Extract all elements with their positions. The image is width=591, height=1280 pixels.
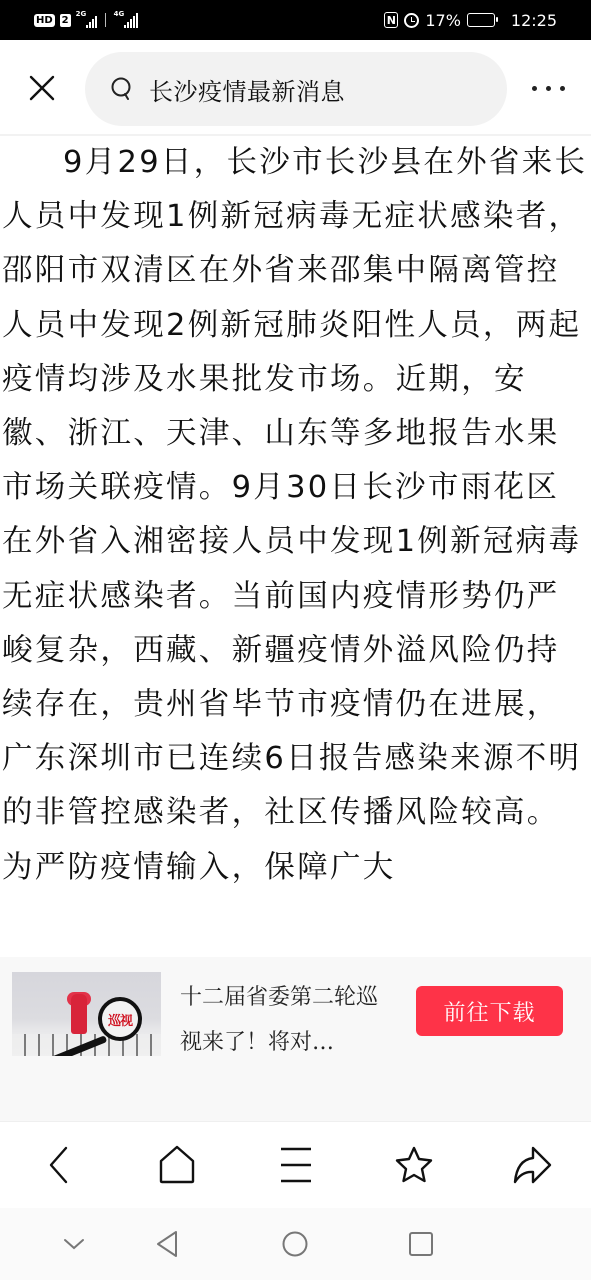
menu-icon bbox=[278, 1146, 314, 1184]
ad-banner[interactable]: 巡视 十二届省委第二轮巡视来了！将对… 前往下载 bbox=[0, 957, 591, 1122]
battery-percent: 17% bbox=[425, 11, 461, 30]
article-paragraph: 9月29日，长沙市长沙县在外省来长人员中发现1例新冠病毒无症状感染者，邵阳市双清… bbox=[2, 136, 589, 895]
system-nav-bar bbox=[0, 1208, 591, 1280]
signal-divider bbox=[105, 13, 106, 27]
home-icon bbox=[158, 1145, 196, 1185]
article-body: 9月29日，长沙市长沙县在外省来长人员中发现1例新冠病毒无症状感染者，邵阳市双清… bbox=[0, 136, 591, 957]
search-icon bbox=[109, 76, 135, 102]
hd-voice-icon: HD bbox=[34, 14, 55, 27]
pushpin-graphic bbox=[71, 994, 87, 1034]
star-icon bbox=[394, 1145, 434, 1185]
hide-nav-button[interactable] bbox=[56, 1226, 92, 1262]
share-button[interactable] bbox=[508, 1142, 558, 1188]
favorite-button[interactable] bbox=[389, 1142, 439, 1188]
menu-button[interactable] bbox=[271, 1142, 321, 1188]
signal-2g-icon: 2G bbox=[76, 12, 97, 28]
chevron-left-icon bbox=[47, 1145, 71, 1185]
home-button[interactable] bbox=[152, 1142, 202, 1188]
status-left: HD 2 2G 4G bbox=[34, 10, 138, 30]
more-horizontal-icon bbox=[532, 86, 537, 91]
status-right: N 17% 12:25 bbox=[384, 8, 557, 32]
alarm-icon bbox=[404, 13, 419, 28]
close-icon bbox=[28, 74, 56, 102]
more-dot bbox=[546, 86, 551, 91]
search-query-text: 长沙疫情最新消息 bbox=[149, 72, 345, 107]
clock: 12:25 bbox=[511, 11, 557, 30]
triangle-back-icon bbox=[156, 1230, 180, 1258]
status-bar: HD 2 2G 4G N 17% 12:25 bbox=[0, 0, 591, 40]
system-home-button[interactable] bbox=[277, 1226, 313, 1262]
system-back-button[interactable] bbox=[150, 1226, 186, 1262]
browser-bottom-nav bbox=[0, 1122, 591, 1208]
back-button[interactable] bbox=[34, 1142, 84, 1188]
thumbnail-text: 巡视 bbox=[108, 1010, 132, 1029]
battery-icon bbox=[467, 13, 495, 27]
search-input[interactable]: 长沙疫情最新消息 bbox=[85, 52, 507, 126]
nfc-icon: N bbox=[384, 12, 398, 28]
ad-title[interactable]: 十二届省委第二轮巡视来了！将对… bbox=[180, 975, 390, 1065]
signal-4g-icon: 4G bbox=[114, 12, 138, 28]
share-icon bbox=[512, 1145, 554, 1185]
ad-thumbnail[interactable]: 巡视 bbox=[12, 972, 161, 1056]
network-type-label: 2G bbox=[76, 10, 87, 18]
browser-header: 长沙疫情最新消息 bbox=[0, 40, 591, 136]
system-recents-button[interactable] bbox=[403, 1226, 439, 1262]
sim2-icon: 2 bbox=[60, 14, 71, 27]
square-recents-icon bbox=[408, 1231, 434, 1257]
chevron-down-icon bbox=[63, 1237, 85, 1251]
download-button[interactable]: 前往下载 bbox=[416, 986, 563, 1036]
more-options-button[interactable] bbox=[532, 78, 565, 98]
network-type-label: 4G bbox=[114, 10, 125, 18]
more-dot bbox=[560, 86, 565, 91]
close-button[interactable] bbox=[22, 68, 62, 108]
circle-home-icon bbox=[281, 1230, 309, 1258]
magnifier-icon: 巡视 bbox=[98, 997, 142, 1041]
